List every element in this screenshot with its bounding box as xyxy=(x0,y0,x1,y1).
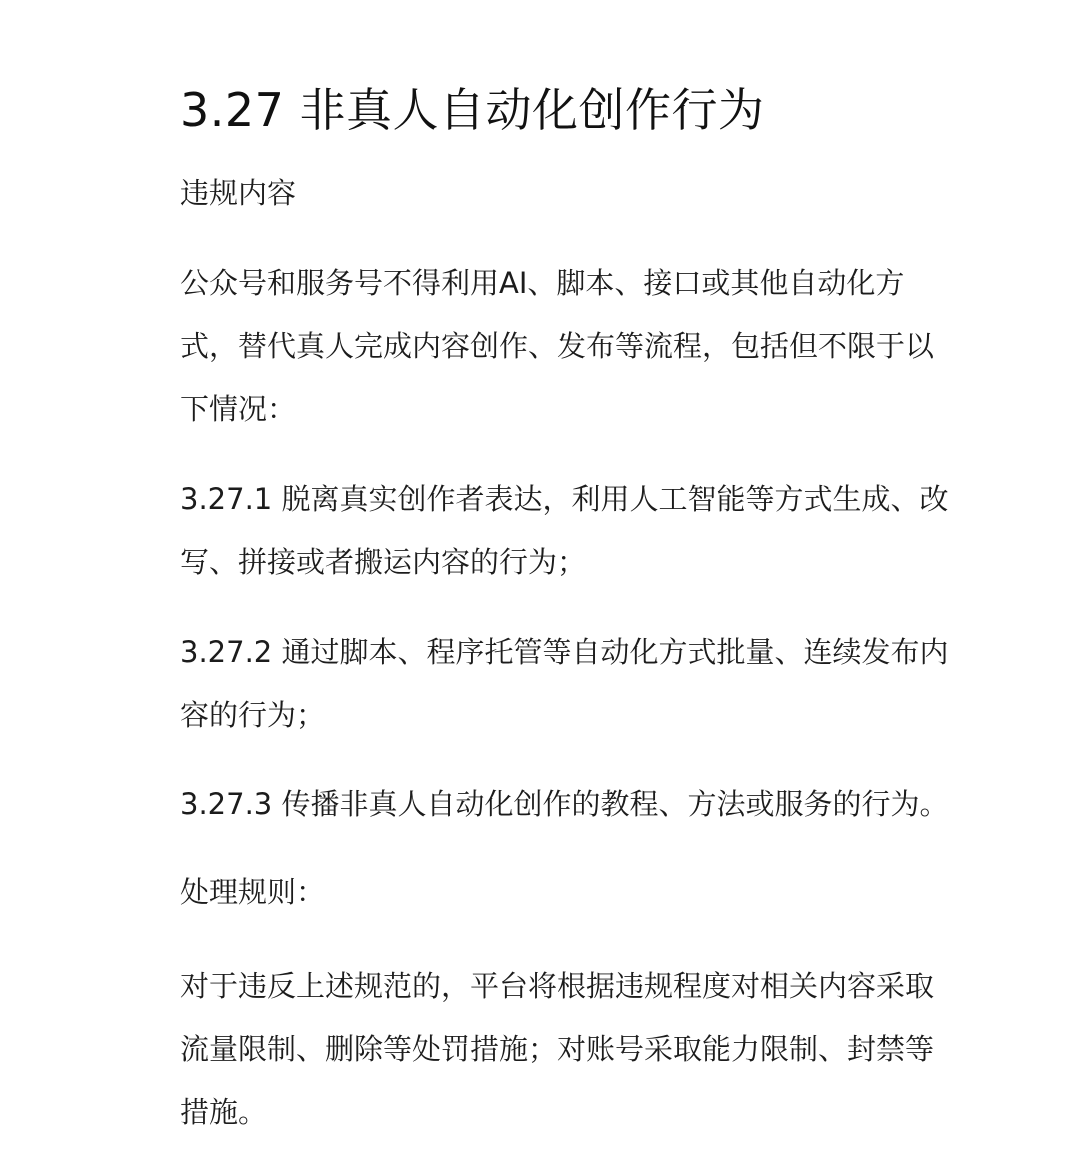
handling-heading: 处理规则： xyxy=(180,874,325,910)
item-3-27-2: 3.27.2 通过脚本、程序托管等自动化方式批量、连续发布内 容的行为； xyxy=(180,621,1010,747)
intro-line: 下情况： xyxy=(180,378,1010,441)
item-line: 3.27.2 通过脚本、程序托管等自动化方式批量、连续发布内 xyxy=(180,621,1010,684)
item-line: 写、拼接或者搬运内容的行为； xyxy=(180,531,1010,594)
violation-heading: 违规内容 xyxy=(180,175,296,211)
item-3-27-3: 3.27.3 传播非真人自动化创作的教程、方法或服务的行为。 xyxy=(180,773,1010,836)
intro-line: 公众号和服务号不得利用AI、脚本、接口或其他自动化方 xyxy=(180,252,1010,315)
item-line: 3.27.1 脱离真实创作者表达，利用人工智能等方式生成、改 xyxy=(180,468,1010,531)
handling-line: 流量限制、删除等处罚措施；对账号采取能力限制、封禁等 xyxy=(180,1018,1010,1081)
handling-paragraph: 对于违反上述规范的，平台将根据违规程度对相关内容采取 流量限制、删除等处罚措施；… xyxy=(180,955,1010,1144)
page-title: 3.27 非真人自动化创作行为 xyxy=(180,82,765,138)
handling-line: 对于违反上述规范的，平台将根据违规程度对相关内容采取 xyxy=(180,955,1010,1018)
item-line: 3.27.3 传播非真人自动化创作的教程、方法或服务的行为。 xyxy=(180,773,1010,836)
item-3-27-1: 3.27.1 脱离真实创作者表达，利用人工智能等方式生成、改 写、拼接或者搬运内… xyxy=(180,468,1010,594)
handling-line: 措施。 xyxy=(180,1081,1010,1144)
intro-line: 式，替代真人完成内容创作、发布等流程，包括但不限于以 xyxy=(180,315,1010,378)
item-line: 容的行为； xyxy=(180,684,1010,747)
intro-paragraph: 公众号和服务号不得利用AI、脚本、接口或其他自动化方 式，替代真人完成内容创作、… xyxy=(180,252,1010,441)
